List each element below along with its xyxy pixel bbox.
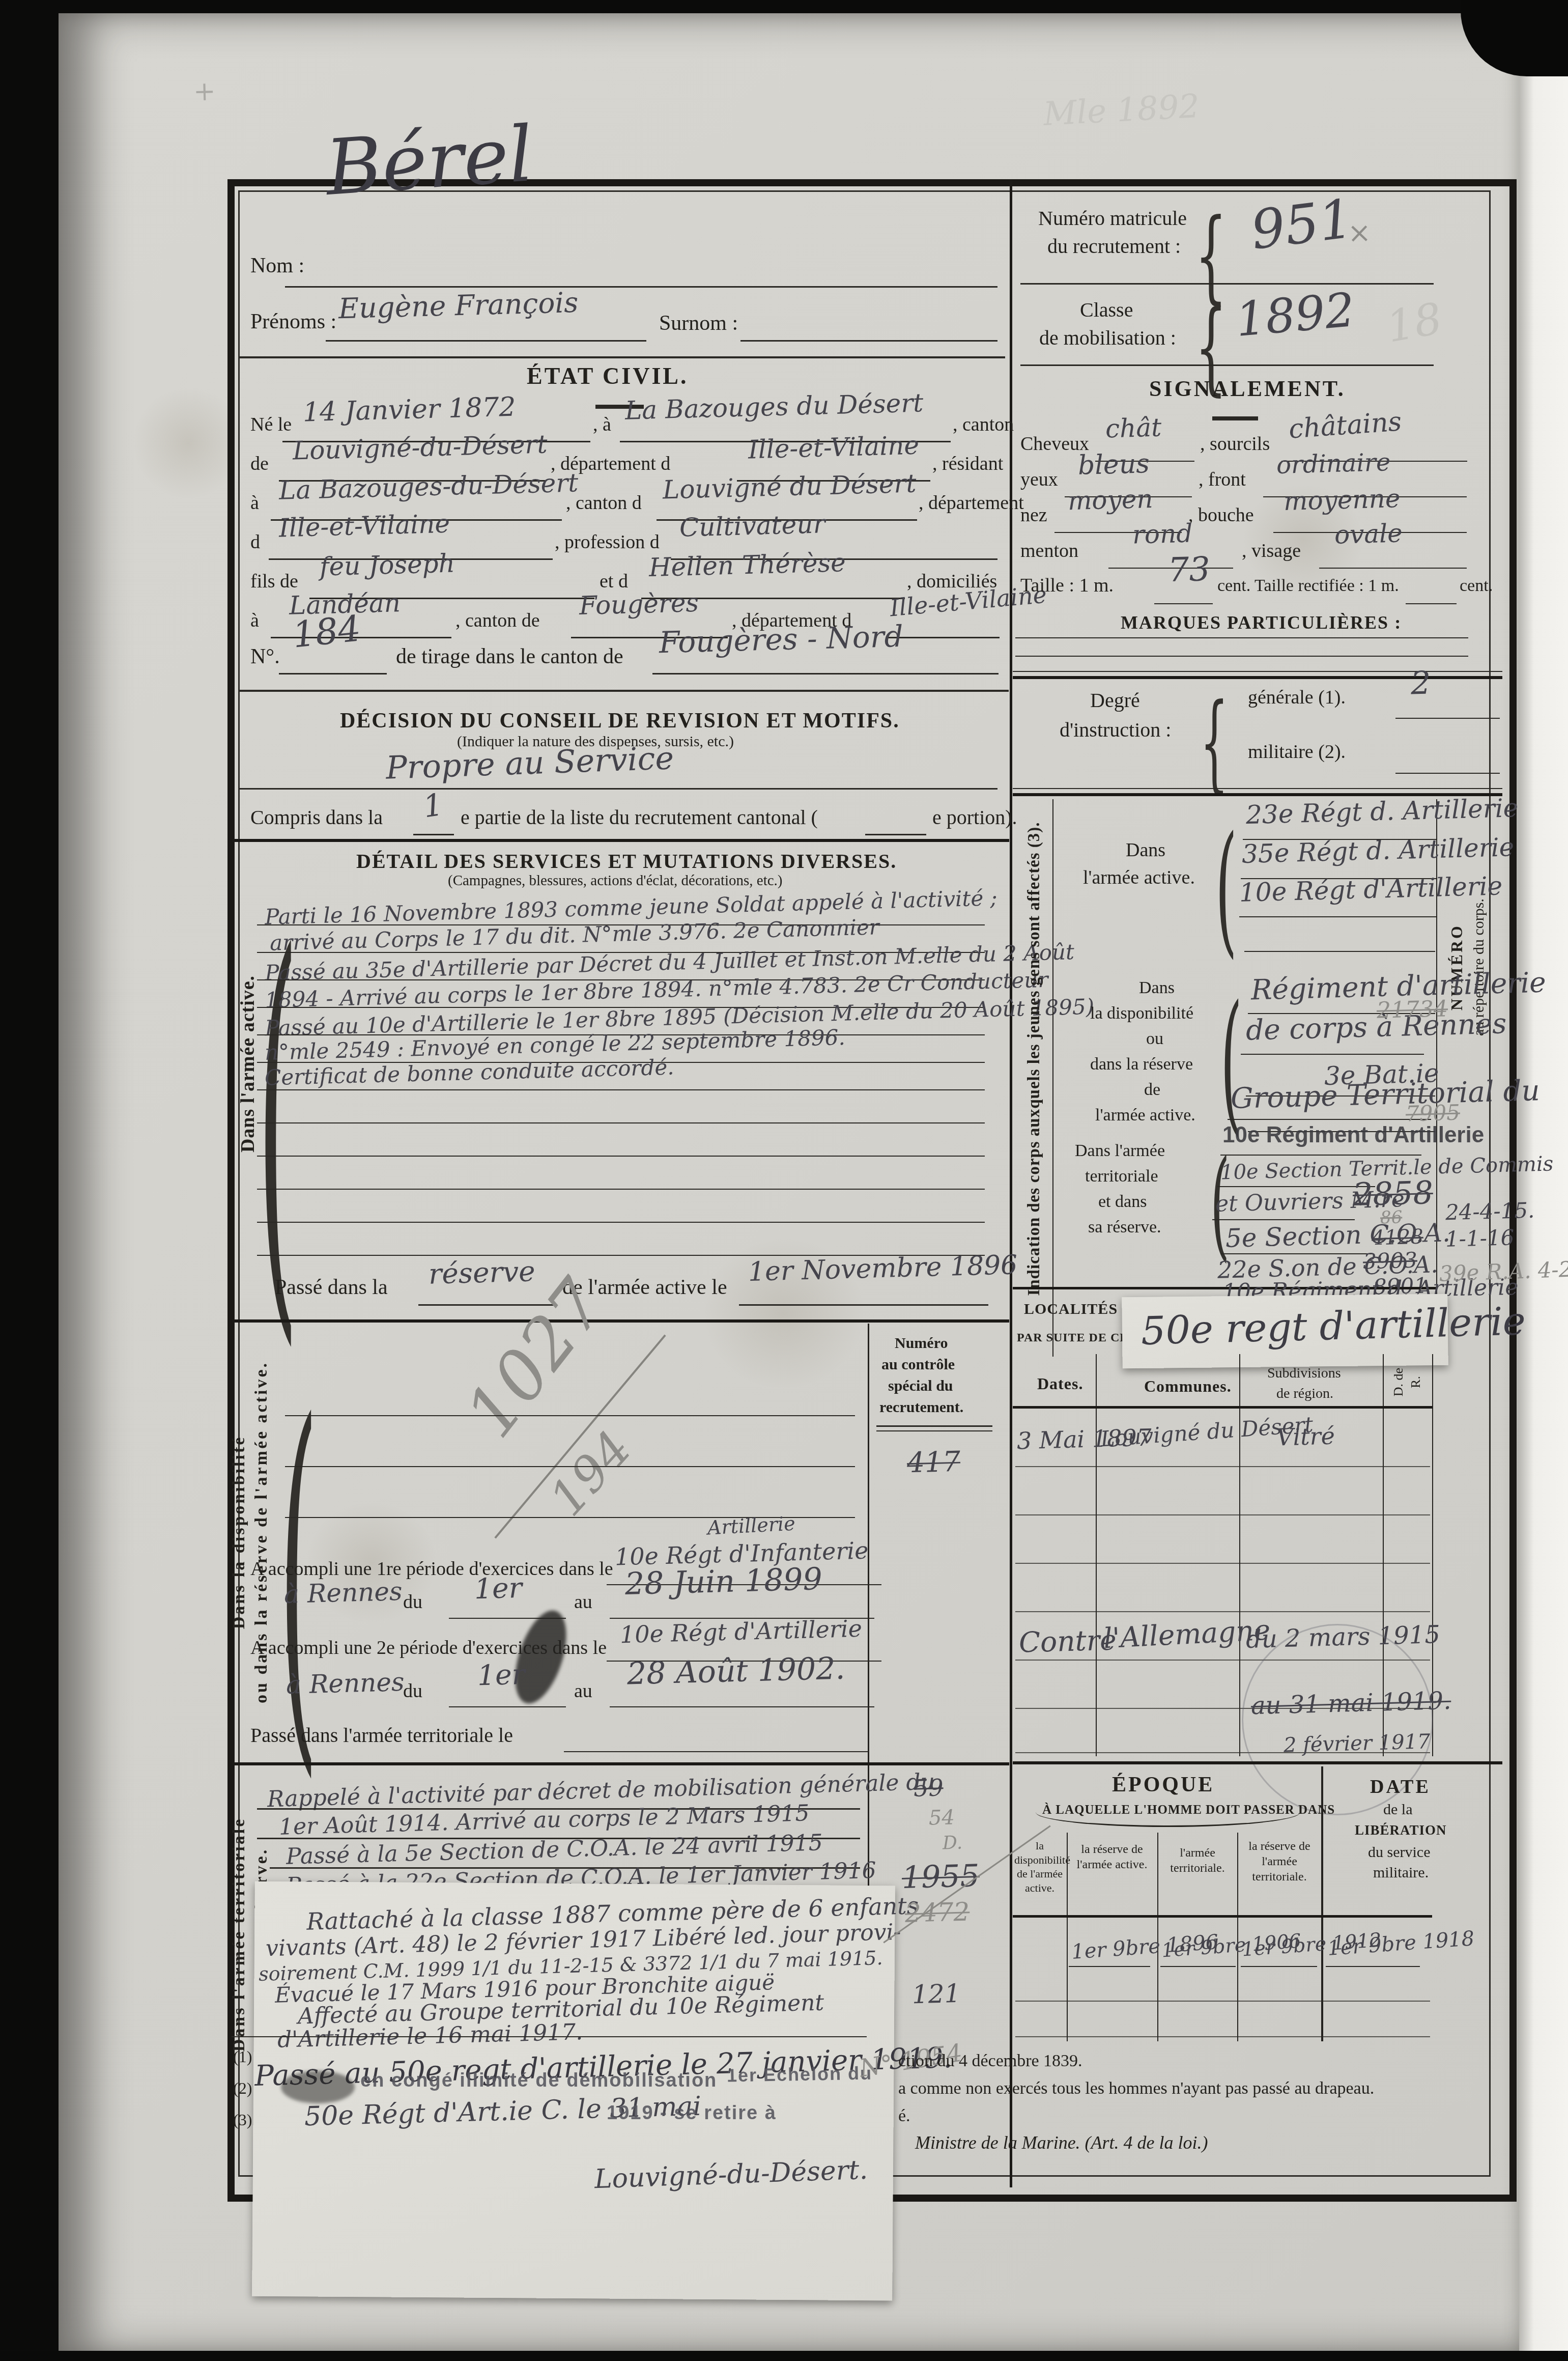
- section-rule: [1013, 1761, 1502, 1764]
- ruled-line: [1154, 603, 1213, 604]
- ruled-line: [449, 1706, 566, 1707]
- nez-label: nez: [1020, 504, 1047, 526]
- footnote-text: Ministre de la Marine. (Art. 4 de la loi…: [915, 2132, 1208, 2153]
- column-divider: [1010, 179, 1012, 2187]
- margin-number: 121: [911, 1979, 961, 2009]
- margin-number: D.: [942, 1832, 962, 1853]
- visage-label: , visage: [1242, 540, 1301, 562]
- dispo-label: ou: [1146, 1029, 1163, 1049]
- instruction-brace: {: [1200, 681, 1229, 804]
- reserve-label1: Passé dans la: [275, 1275, 388, 1300]
- tirage-canton: Fougères - Nord: [659, 619, 903, 660]
- ruled-line: [285, 1415, 855, 1416]
- pencil-ghost: 18: [1383, 293, 1446, 352]
- classe-label-line2: de mobilisation :: [1039, 326, 1176, 350]
- matricule-label-line2: du recrutement :: [1047, 234, 1181, 258]
- au-label: au: [574, 1680, 592, 1702]
- cheveux-value: chât: [1105, 413, 1162, 444]
- active-brace: (: [1215, 805, 1237, 972]
- ruled-line: [564, 1751, 869, 1752]
- classe-label-line1: Classe: [1080, 298, 1133, 322]
- ruled-line: [1160, 1966, 1236, 1967]
- section-rule: [232, 1762, 1009, 1765]
- services-title: DÉTAIL DES SERVICES ET MUTATIONS DIVERSE…: [356, 849, 897, 873]
- dispo-label: dans la réserve: [1090, 1055, 1193, 1074]
- birth-departement: Ille-et-Vilaine: [748, 431, 919, 465]
- portion-suite: e portion).: [932, 805, 1017, 829]
- ruled-line: [326, 340, 646, 342]
- residence-departement: Ille-et-Vilaine: [278, 509, 450, 543]
- periode1-au: 28 Juin 1899: [624, 1561, 822, 1602]
- footnote-text: é.: [898, 2106, 910, 2126]
- ruled-line: [1406, 603, 1457, 604]
- ruled-line: [1395, 718, 1500, 719]
- generale-label: générale (1).: [1248, 686, 1346, 709]
- d-label: d: [250, 531, 260, 553]
- bouche-label: , bouche: [1188, 504, 1254, 526]
- retire-stamp-text: 1919 - se retire à: [607, 2102, 777, 2124]
- ruled-line: [1319, 568, 1467, 569]
- ruled-line: [1239, 916, 1436, 917]
- ruled-line: [285, 1466, 855, 1467]
- table-column-line: [1321, 1766, 1323, 2041]
- date-col-sub: LIBÉRATION: [1355, 1822, 1447, 1838]
- ruled-line: [239, 788, 997, 790]
- table-row-line: [1015, 1466, 1430, 1467]
- table-column-line: [1239, 1354, 1240, 1756]
- terr-label: Dans l'armée: [1075, 1141, 1165, 1161]
- crossed-number: 7905: [1405, 1100, 1460, 1127]
- footnote-marker: (2): [233, 2079, 252, 2098]
- tirage-text: de tirage dans le canton de: [396, 644, 623, 669]
- footnote-marker: (3): [233, 2111, 252, 2129]
- du-label: du: [403, 1591, 422, 1613]
- birth-date: 14 Janvier 1872: [302, 392, 516, 428]
- table-row-line: [1015, 1514, 1430, 1515]
- ruled-line: [232, 2036, 867, 2037]
- ruled-line: [285, 286, 997, 288]
- epoque-title: ÉPOQUE: [1112, 1773, 1214, 1797]
- terr-label: sa réserve.: [1088, 1218, 1161, 1237]
- etat-civil-title: ÉTAT CIVIL.: [527, 362, 689, 389]
- name-signature: Bérel: [323, 110, 536, 213]
- table-header-rule: [1013, 1915, 1432, 1918]
- table-row-line: [1015, 2036, 1430, 2037]
- section-rule: [232, 839, 1009, 842]
- dispo-sidebar-line1: Dans la disponibilité: [230, 1436, 249, 1629]
- profession-label: , profession d: [555, 531, 660, 553]
- ruled-line: [876, 1430, 992, 1431]
- terr-label: et dans: [1098, 1192, 1147, 1212]
- col-header-subdivisions: Subdivisions: [1267, 1365, 1341, 1382]
- date-col-sub: de la: [1383, 1801, 1412, 1818]
- compris-label: Compris dans la: [250, 805, 383, 829]
- epoque-col-header: la réserve de l'armée active.: [1070, 1842, 1154, 1872]
- a2-label: à: [250, 492, 259, 514]
- ruled-line: [257, 1122, 985, 1123]
- terr-label: territoriale: [1085, 1167, 1158, 1186]
- section-rule: [232, 1319, 1009, 1323]
- ruled-line: [1220, 1155, 1421, 1156]
- taille-rectifiee-label: cent. Taille rectifiée : 1 m.: [1217, 576, 1399, 596]
- matricule-value: 951: [1247, 187, 1356, 262]
- nez-value: moyen: [1067, 484, 1153, 516]
- du-label: du: [403, 1680, 422, 1702]
- dispo-corps-entry: de corps à Rennes: [1245, 1007, 1507, 1046]
- dispo-label: Dans: [1139, 978, 1175, 998]
- corps-sidebar-label: Indication des corps auxquels les jeunes…: [1025, 822, 1044, 1296]
- epoque-col-header: la disponibilité de l'armée active.: [1014, 1839, 1065, 1895]
- epoque-col-header: la réserve de l'armée territoriale.: [1240, 1839, 1319, 1885]
- parents-canton: Fougères: [579, 588, 699, 621]
- table-column-line: [1067, 1833, 1068, 2041]
- periode1-du: 1er: [474, 1571, 522, 1605]
- taille-label: Taille : 1 m.: [1020, 574, 1114, 597]
- margin-number: 1955: [901, 1858, 980, 1896]
- margin-date-annotation: 24-4-15.: [1445, 1198, 1535, 1225]
- ruled-line: [1020, 283, 1434, 285]
- matricule-label-line1: Numéro matricule: [1038, 206, 1187, 230]
- date-col-sub: militaire.: [1373, 1864, 1429, 1881]
- date-col-sub: du service: [1368, 1844, 1430, 1861]
- crossed-number: 4128: [1371, 1225, 1423, 1250]
- yeux-value: bleus: [1077, 448, 1150, 481]
- pencil-cross-mark: +: [193, 76, 216, 107]
- active-label2: l'armée active.: [1083, 866, 1195, 889]
- compris-suite: e partie de la liste du recrutement cant…: [461, 805, 818, 829]
- front-value: ordinaire: [1276, 448, 1391, 480]
- fils-de-label: fils de: [250, 570, 298, 593]
- table-row-line: [1015, 2001, 1430, 2002]
- date-col-title: DATE: [1370, 1776, 1431, 1798]
- title-dash: [1212, 416, 1258, 420]
- ruled-line: [865, 834, 926, 835]
- controle-header: recrutement.: [879, 1399, 963, 1416]
- a3-label: à: [250, 609, 259, 632]
- et-de-label: et d: [600, 570, 628, 593]
- tirage-number: 184: [291, 607, 362, 656]
- ruled-line: [279, 673, 387, 674]
- active-label1: Dans: [1126, 839, 1165, 861]
- services-sidebar-label: Dans l'armée active.: [237, 975, 259, 1153]
- ruled-line: [1395, 773, 1500, 774]
- footnote-text: a comme non exercés tous les hommes n'ay…: [898, 2079, 1374, 2098]
- echelon-stamp-text: 1er Echelon du: [727, 2063, 873, 2087]
- instruction-label2: d'instruction :: [1060, 718, 1171, 742]
- ruled-line: [1326, 1966, 1420, 1967]
- ruled-line: [652, 673, 999, 674]
- ruled-line: [1228, 1119, 1431, 1120]
- classe-value: 1892: [1234, 283, 1357, 347]
- ruled-line: [257, 1156, 985, 1157]
- ink-smudge: [281, 2071, 355, 2103]
- periode2-lieu: à Rennes: [286, 1667, 405, 1700]
- ruled-line: [739, 1304, 988, 1306]
- militaire-label: militaire (2).: [1248, 741, 1346, 763]
- prenoms-label: Prénoms :: [250, 310, 336, 334]
- crossed-number: 21734: [1376, 996, 1448, 1024]
- margin-date-annotation: 1-1-16: [1445, 1225, 1515, 1252]
- col-header-dates: Dates.: [1037, 1374, 1083, 1393]
- departement2-label: , département: [919, 492, 1024, 514]
- epoque-col-header: l'armée territoriale.: [1160, 1845, 1235, 1876]
- table-row-line: [1015, 1611, 1430, 1612]
- photo-bottom-edge: [0, 2351, 1568, 2361]
- a-label: , à: [593, 413, 611, 436]
- controle-header: spécial du: [888, 1378, 953, 1395]
- prenoms-value: Eugène François: [338, 286, 579, 325]
- ruled-line: [1015, 637, 1468, 638]
- profession-value: Cultivateur: [679, 509, 825, 542]
- regiment-stamp: 10e Régiment d'Artillerie: [1222, 1122, 1484, 1148]
- taille-value: 73: [1167, 550, 1211, 589]
- canton2-label: , canton d: [566, 492, 642, 514]
- ruled-line: [1013, 788, 1502, 789]
- ruled-line: [1244, 951, 1435, 952]
- menton-label: menton: [1020, 540, 1078, 562]
- ruled-line: [876, 1425, 992, 1427]
- table-header-rule: [1013, 1406, 1432, 1409]
- nom-label: Nom :: [250, 254, 304, 278]
- register-photo: + Mle 1892 Bérel Nom : Prénoms : Eugène …: [0, 0, 1568, 2361]
- periode1-lieu: à Rennes: [283, 1577, 403, 1609]
- controle-number: 417: [906, 1445, 961, 1479]
- periode1-label: A accompli une 1re période d'exercices d…: [250, 1558, 613, 1580]
- mother-name: Hellen Thérèse: [648, 548, 846, 582]
- dispo-label: l'armée active.: [1095, 1106, 1195, 1125]
- services-subtitle: (Campagnes, blessures, actions d'éclat, …: [448, 873, 783, 889]
- periode1-corps-correction: Artillerie: [707, 1512, 796, 1539]
- col-header-narrow: D. de: [1391, 1368, 1406, 1396]
- col-header-narrow: R.: [1408, 1376, 1423, 1388]
- canton3-label: , canton de: [455, 609, 540, 632]
- periode2-au: 28 Août 1902.: [626, 1650, 845, 1692]
- instruction-label1: Degré: [1090, 688, 1140, 712]
- menton-value: rond: [1132, 518, 1193, 549]
- visage-value: ovale: [1334, 518, 1403, 549]
- ruled-line: [610, 1706, 874, 1707]
- bouche-value: moyenne: [1283, 484, 1401, 516]
- footnote-marker: (1): [233, 2047, 252, 2066]
- conseil-title: DÉCISION DU CONSEIL DE REVISION ET MOTIF…: [340, 709, 900, 733]
- dispo-label: la disponibilité: [1090, 1004, 1193, 1023]
- ruled-line: [257, 1222, 985, 1223]
- margin-number: 54: [928, 1806, 955, 1830]
- page-edge: [1519, 15, 1568, 2353]
- cent-label: cent.: [1460, 576, 1493, 596]
- ruled-line: [257, 1189, 985, 1190]
- ruled-line: [1217, 1186, 1375, 1187]
- dispo-label: de: [1144, 1080, 1160, 1100]
- ruled-line: [257, 1089, 985, 1090]
- ruled-line: [239, 690, 1009, 692]
- ruled-line: [239, 356, 1005, 358]
- yeux-label: yeux: [1020, 468, 1058, 491]
- footnote-text: ction du 4 décembre 1839.: [898, 2051, 1082, 2071]
- ruled-line: [1020, 364, 1434, 366]
- father-name: feu Joseph: [319, 549, 455, 582]
- crossed-number: 3903: [1362, 1248, 1417, 1274]
- table-column-line: [1096, 1354, 1097, 1756]
- matricule-mark: ×: [1347, 216, 1372, 249]
- signalement-title: SIGNALEMENT.: [1149, 376, 1346, 402]
- table-row-line: [1015, 1563, 1430, 1564]
- col-header-communes: Communes.: [1144, 1377, 1232, 1396]
- generale-value: 2: [1410, 664, 1431, 701]
- margin-number: 59: [913, 1774, 944, 1802]
- ne-le-label: Né le: [250, 413, 292, 436]
- marques-label: MARQUES PARTICULIÈRES :: [1121, 612, 1402, 633]
- demob-stamp-text: en congé illimité de démobilisation: [360, 2070, 717, 2092]
- ruled-line: [1015, 656, 1468, 657]
- territoriale-passage-label: Passé dans l'armée territoriale le: [250, 1723, 513, 1747]
- surnom-label: Surnom :: [659, 311, 738, 335]
- ruled-line: [887, 637, 1000, 638]
- campagne-contre: Contre: [1018, 1624, 1117, 1659]
- residant-label: , résidant: [932, 453, 1003, 475]
- ruled-line: [740, 340, 997, 342]
- ruled-line: [1212, 1219, 1355, 1220]
- ruled-line: [1241, 1966, 1317, 1967]
- de-label: de: [250, 453, 269, 475]
- front-label: , front: [1199, 468, 1246, 491]
- margin-number: 2472: [904, 1897, 970, 1928]
- ruled-line: [1069, 1966, 1150, 1967]
- col-header-subdivisions: de région.: [1276, 1386, 1333, 1402]
- sidebar-divider: [1052, 799, 1053, 1357]
- canton-label: , canton: [953, 413, 1014, 436]
- terr-sidebar-line1: Dans l'armée territoriale: [230, 1817, 249, 2052]
- au-label: au: [574, 1591, 592, 1613]
- controle-header: au contrôle: [881, 1356, 955, 1373]
- ruled-line: [413, 834, 454, 835]
- sourcils-label: , sourcils: [1200, 433, 1270, 455]
- periode2-du: 1er: [477, 1658, 525, 1692]
- reserve-value: réserve: [428, 1255, 535, 1290]
- tirage-no-label: N°.: [250, 644, 280, 669]
- crossed-number: 86: [1380, 1207, 1402, 1228]
- localite-subdivision: Vitré: [1276, 1422, 1335, 1451]
- controle-header: Numéro: [895, 1335, 948, 1352]
- ruled-line: [1241, 1054, 1424, 1055]
